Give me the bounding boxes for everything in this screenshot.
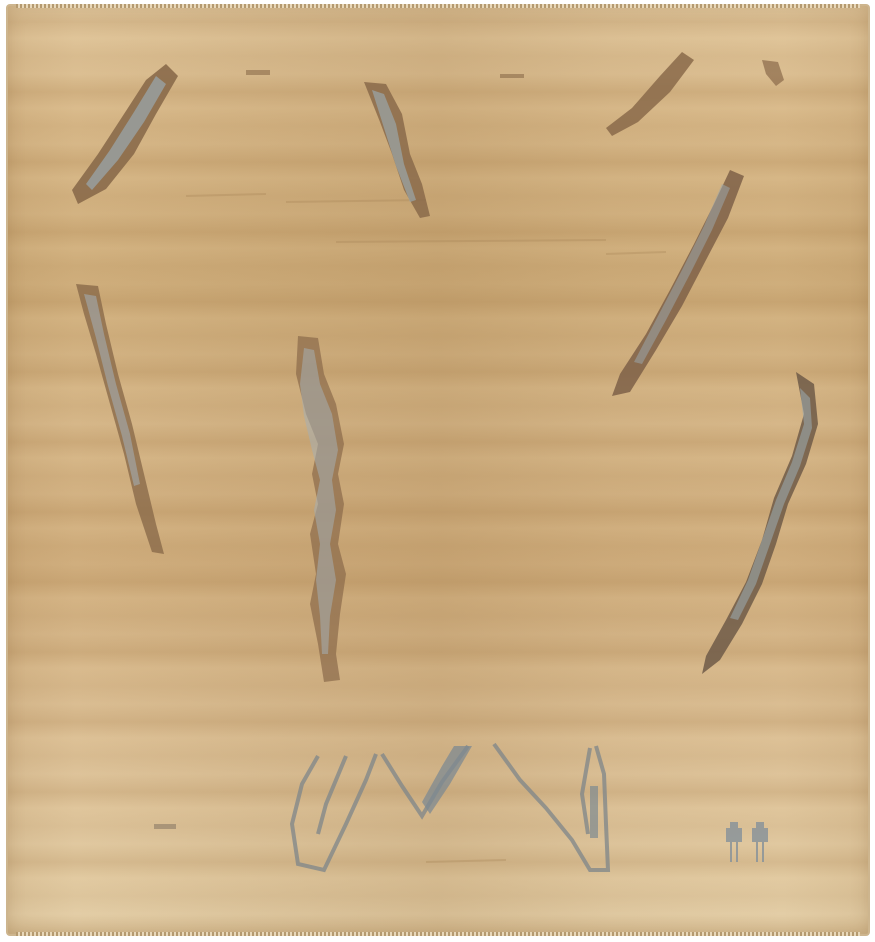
motif-left-vertical xyxy=(76,284,164,554)
motif-top-right-slash xyxy=(606,52,694,136)
motif-right-long-slash xyxy=(612,170,744,396)
motif-bottom-mountain-fill xyxy=(422,746,598,838)
motif-top-right-small xyxy=(762,60,784,86)
rug-motifs xyxy=(6,4,870,936)
motif-bottom-right-figures xyxy=(726,822,768,862)
motif-top-center-stroke xyxy=(364,82,430,218)
motif-top-dashes xyxy=(246,70,524,78)
rug-photo xyxy=(6,4,870,936)
motif-center-chain xyxy=(296,336,346,682)
motif-bottom-left-dash xyxy=(154,824,176,829)
motif-top-left-slash xyxy=(72,64,178,204)
motif-right-curve xyxy=(702,372,818,674)
field-abrash-lines xyxy=(186,194,666,862)
